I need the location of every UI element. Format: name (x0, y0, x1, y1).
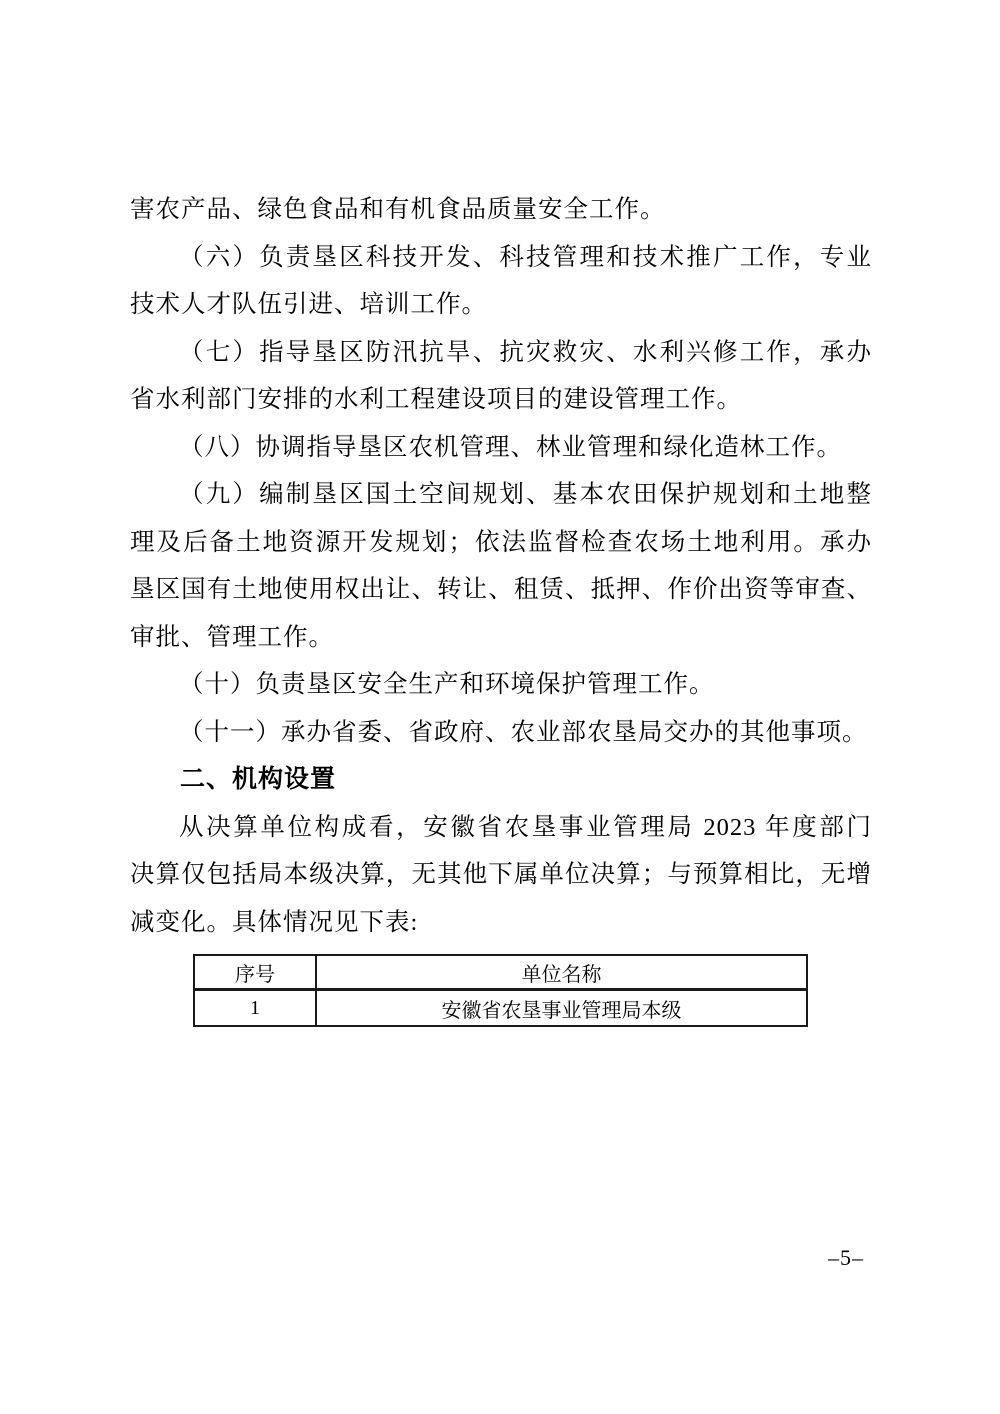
text-line: （六）负责垦区科技开发、科技管理和技术推广工作，专业 (130, 234, 872, 282)
section-heading: 二、机构设置 (130, 756, 872, 804)
text-line: 减变化。具体情况见下表: (130, 899, 872, 947)
text-line: 技术人才队伍引进、培训工作。 (130, 281, 872, 329)
page-number: –5– (828, 1245, 864, 1271)
document-body: 害农产品、绿色食品和有机食品质量安全工作。 （六）负责垦区科技开发、科技管理和技… (130, 186, 872, 1027)
paragraph-item-6: （六）负责垦区科技开发、科技管理和技术推广工作，专业 技术人才队伍引进、培训工作… (130, 234, 872, 329)
unit-table: 序号 单位名称 1 安徽省农垦事业管理局本级 (193, 954, 808, 1027)
paragraph-intro: 从决算单位构成看，安徽省农垦事业管理局 2023 年度部门 决算仅包括局本级决算… (130, 804, 872, 947)
unit-table-body: 1 安徽省农垦事业管理局本级 (194, 990, 807, 1027)
paragraph-item-9: （九）编制垦区国土空间规划、基本农田保护规划和土地整 理及后备土地资源开发规划；… (130, 471, 872, 661)
paragraph-continuation: 害农产品、绿色食品和有机食品质量安全工作。 (130, 186, 872, 234)
text-line: 害农产品、绿色食品和有机食品质量安全工作。 (130, 186, 872, 234)
text-line: 理及后备土地资源开发规划；依法监督检查农场土地利用。承办 (130, 519, 872, 567)
document-page: 害农产品、绿色食品和有机食品质量安全工作。 （六）负责垦区科技开发、科技管理和技… (0, 0, 1000, 1414)
paragraph-item-11: （十一）承办省委、省政府、农业部农垦局交办的其他事项。 (130, 709, 872, 757)
unit-table-head: 序号 单位名称 (194, 955, 807, 990)
table-header-unit-name: 单位名称 (316, 955, 807, 990)
text-line: （十一）承办省委、省政府、农业部农垦局交办的其他事项。 (130, 709, 872, 757)
paragraph-item-10: （十）负责垦区安全生产和环境保护管理工作。 (130, 661, 872, 709)
paragraph-item-8: （八）协调指导垦区农机管理、林业管理和绿化造林工作。 (130, 424, 872, 472)
table-header-serial: 序号 (194, 955, 316, 990)
text-line: 审批、管理工作。 (130, 614, 872, 662)
table-cell-unit-name: 安徽省农垦事业管理局本级 (316, 990, 807, 1027)
table-header-row: 序号 单位名称 (194, 955, 807, 990)
paragraph-item-7: （七）指导垦区防汛抗旱、抗灾救灾、水利兴修工作，承办 省水利部门安排的水利工程建… (130, 329, 872, 424)
text-line: （十）负责垦区安全生产和环境保护管理工作。 (130, 661, 872, 709)
text-line: 省水利部门安排的水利工程建设项目的建设管理工作。 (130, 376, 872, 424)
text-line: （八）协调指导垦区农机管理、林业管理和绿化造林工作。 (130, 424, 872, 472)
text-line: 垦区国有土地使用权出让、转让、租赁、抵押、作价出资等审查、 (130, 566, 872, 614)
text-line: （七）指导垦区防汛抗旱、抗灾救灾、水利兴修工作，承办 (130, 329, 872, 377)
table-cell-serial: 1 (194, 990, 316, 1027)
table-row: 1 安徽省农垦事业管理局本级 (194, 990, 807, 1027)
text-line: 从决算单位构成看，安徽省农垦事业管理局 2023 年度部门 (130, 804, 872, 852)
text-line: 决算仅包括局本级决算，无其他下属单位决算；与预算相比，无增 (130, 851, 872, 899)
text-line: （九）编制垦区国土空间规划、基本农田保护规划和土地整 (130, 471, 872, 519)
